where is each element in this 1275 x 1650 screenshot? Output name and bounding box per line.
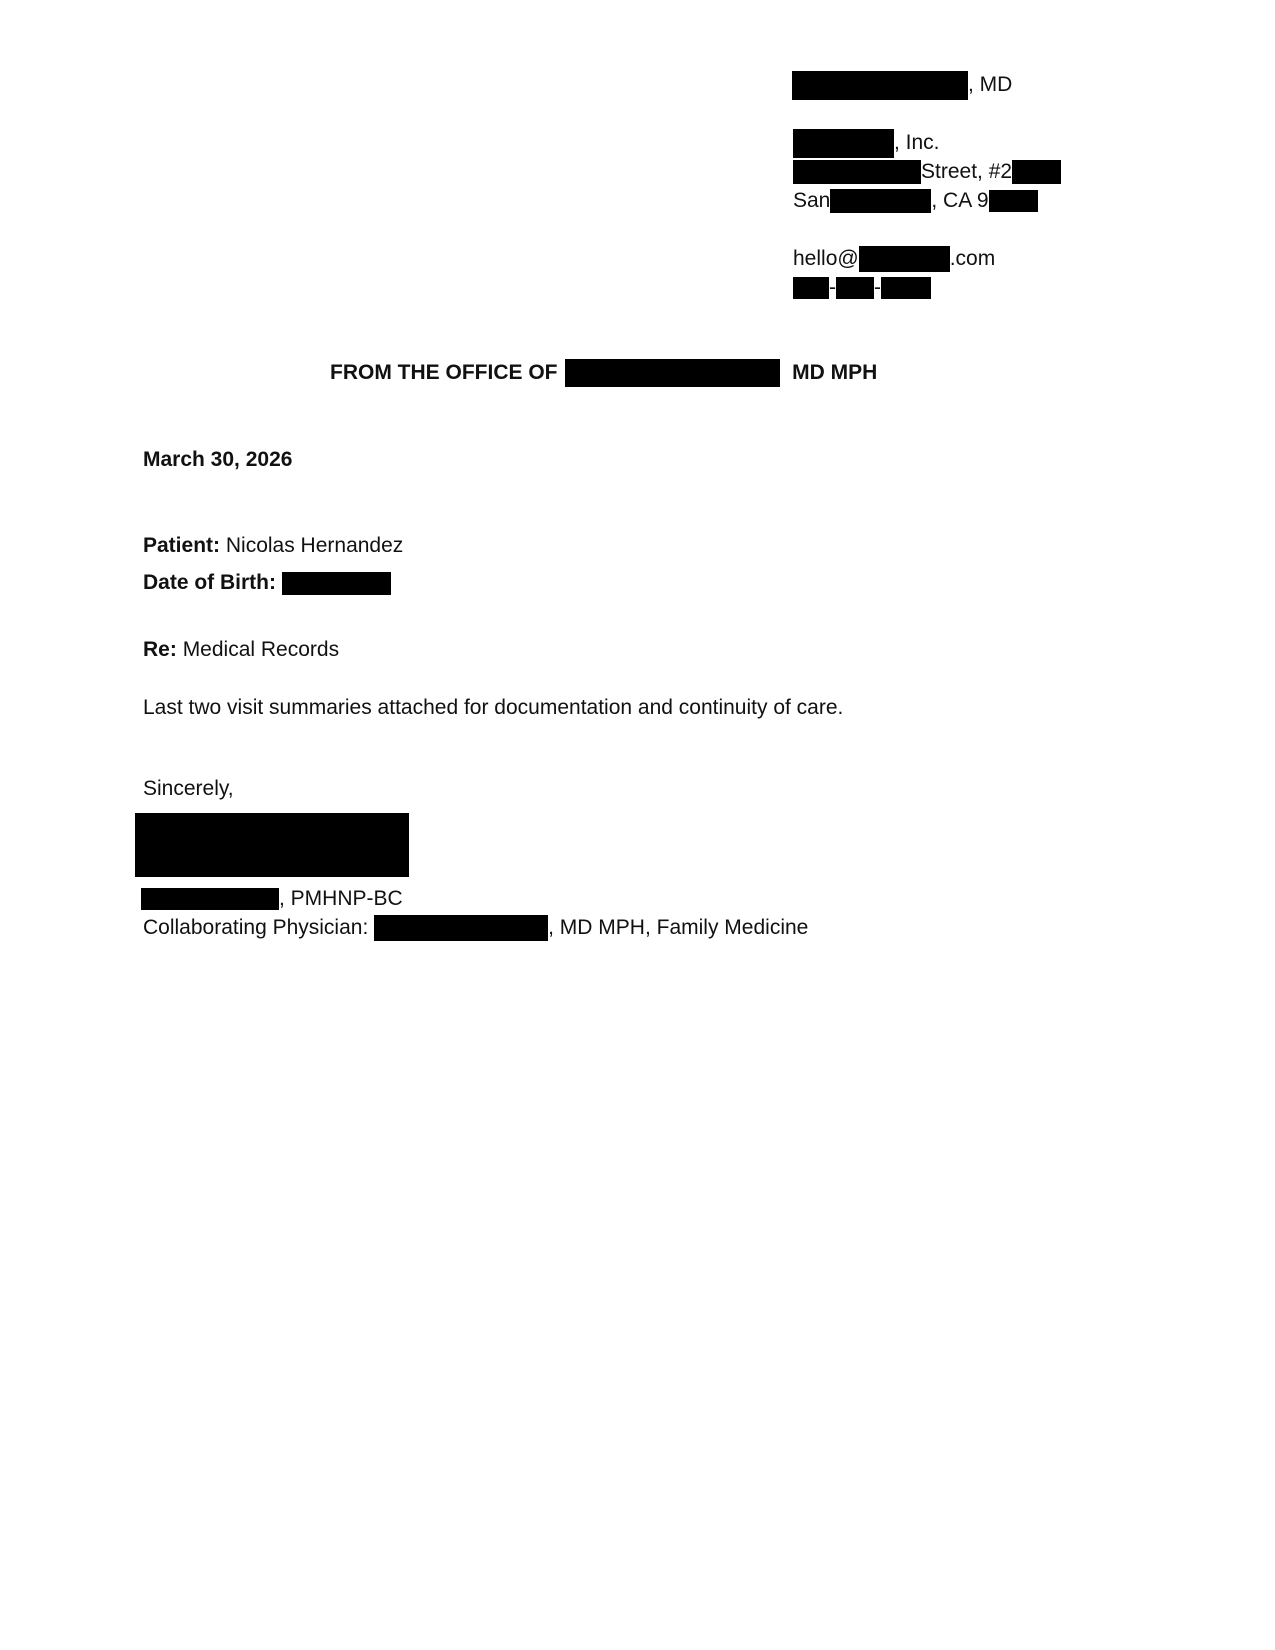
body-paragraph: Last two visit summaries attached for do… [143,693,843,722]
re-label: Re: [143,638,177,661]
redacted-email-domain [859,246,950,272]
redacted-zip-code [989,190,1038,212]
redacted-office-physician-name [565,359,780,387]
company-suffix: , Inc. [894,131,940,154]
patient-label: Patient: [143,534,220,557]
phone-separator: - [829,276,836,299]
letterhead-street-line: Street, #2 [793,157,1061,186]
redacted-date-of-birth [282,572,391,595]
redacted-phone-prefix [836,277,874,299]
heading-suffix: MD MPH [792,361,877,384]
street-text: Street, #2 [921,160,1012,183]
letterhead-phone-line: -- [793,273,931,302]
redacted-physician-name [792,71,968,100]
email-prefix: hello@ [793,247,859,270]
redacted-street-name [793,160,921,184]
collaborating-physician-line: Collaborating Physician: , MD MPH, Famil… [143,913,808,942]
redacted-company-name [793,129,894,158]
letterhead-physician-line: , MD [792,70,1012,99]
re-value: Medical Records [183,638,339,661]
redacted-suite-number [1012,160,1061,184]
redacted-phone-line-number [881,277,931,299]
letter-date: March 30, 2026 [143,445,292,474]
collab-label: Collaborating Physician: [143,916,368,939]
email-suffix: .com [950,247,996,270]
physician-suffix: , MD [968,73,1012,96]
closing-salutation: Sincerely, [143,774,234,803]
redacted-city-name [830,189,931,213]
state-text: , CA 9 [931,189,988,212]
collab-suffix: , MD MPH, Family Medicine [548,916,808,939]
city-prefix: San [793,189,830,212]
redacted-phone-area-code [793,277,829,299]
redacted-signature [135,813,409,877]
letterhead-email-line: hello@.com [793,244,995,273]
patient-line: Patient: Nicolas Hernandez [143,531,403,560]
re-line: Re: Medical Records [143,635,339,664]
dob-line: Date of Birth: [143,568,391,597]
signer-credential: , PMHNP-BC [279,887,403,910]
letterhead-city-line: San, CA 9 [793,186,1038,215]
heading-prefix: FROM THE OFFICE OF [330,361,557,384]
letterhead-company-line: , Inc. [793,128,940,157]
patient-name: Nicolas Hernandez [226,534,403,557]
office-heading: FROM THE OFFICE OF MD MPH [330,358,877,387]
phone-separator: - [874,276,881,299]
signer-line: , PMHNP-BC [141,884,403,913]
dob-label: Date of Birth: [143,571,276,594]
redacted-signer-name [141,888,279,910]
redacted-collaborating-physician-name [374,915,548,941]
